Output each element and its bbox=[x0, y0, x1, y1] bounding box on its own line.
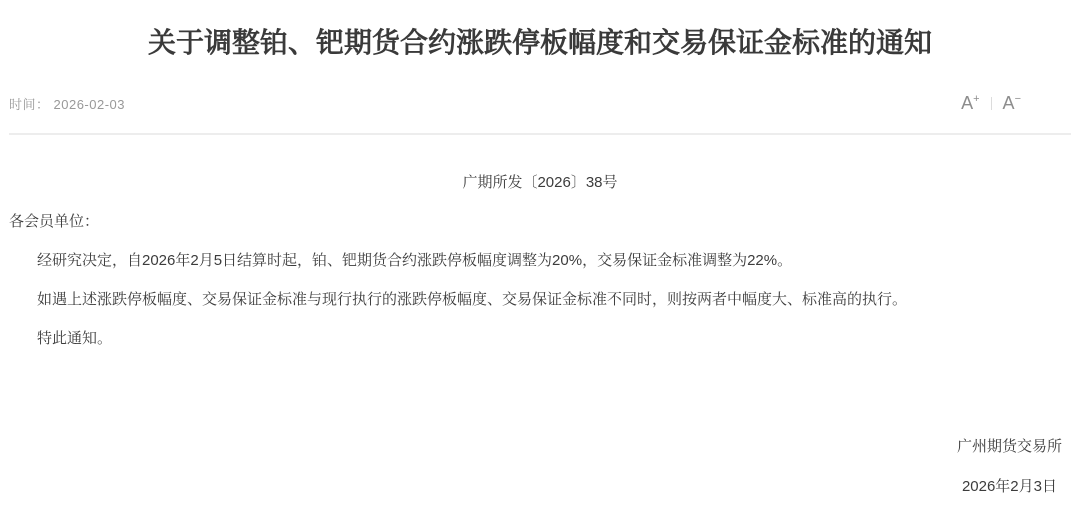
font-decrease-letter: A bbox=[1003, 93, 1015, 113]
font-size-controls: A+ A− bbox=[961, 94, 1021, 112]
paragraph: 如遇上述涨跌停板幅度、交易保证金标准与现行执行的涨跌停板幅度、交易保证金标准不同… bbox=[9, 280, 1071, 319]
header-divider bbox=[9, 133, 1071, 135]
font-controls-divider bbox=[991, 97, 992, 110]
signature-block: 广州期货交易所 2026年2月3日 bbox=[9, 427, 1071, 507]
font-increase-button[interactable]: A+ bbox=[961, 94, 979, 112]
minus-icon: − bbox=[1015, 93, 1021, 105]
doc-number: 广期所发〔2026〕38号 bbox=[9, 163, 1071, 202]
time-value: 2026-02-03 bbox=[54, 97, 126, 112]
plus-icon: + bbox=[973, 93, 979, 105]
page-title: 关于调整铂、钯期货合约涨跌停板幅度和交易保证金标准的通知 bbox=[9, 0, 1071, 62]
font-decrease-button[interactable]: A− bbox=[1003, 94, 1021, 112]
publish-time: 时间：2026-02-03 bbox=[9, 94, 125, 113]
signature-date: 2026年2月3日 bbox=[9, 467, 1062, 507]
signature-org: 广州期货交易所 bbox=[9, 427, 1062, 467]
meta-row: 时间：2026-02-03 A+ A− bbox=[9, 92, 1071, 114]
paragraph: 经研究决定，自2026年2月5日结算时起，铂、钯期货合约涨跌停板幅度调整为20%… bbox=[9, 241, 1071, 280]
paragraph: 特此通知。 bbox=[9, 319, 1071, 358]
notice-page: 关于调整铂、钯期货合约涨跌停板幅度和交易保证金标准的通知 时间：2026-02-… bbox=[0, 0, 1080, 508]
font-increase-letter: A bbox=[961, 93, 973, 113]
time-label: 时间： bbox=[9, 97, 50, 112]
notice-body: 广期所发〔2026〕38号 各会员单位： 经研究决定，自2026年2月5日结算时… bbox=[9, 163, 1071, 507]
salutation: 各会员单位： bbox=[9, 202, 1071, 241]
